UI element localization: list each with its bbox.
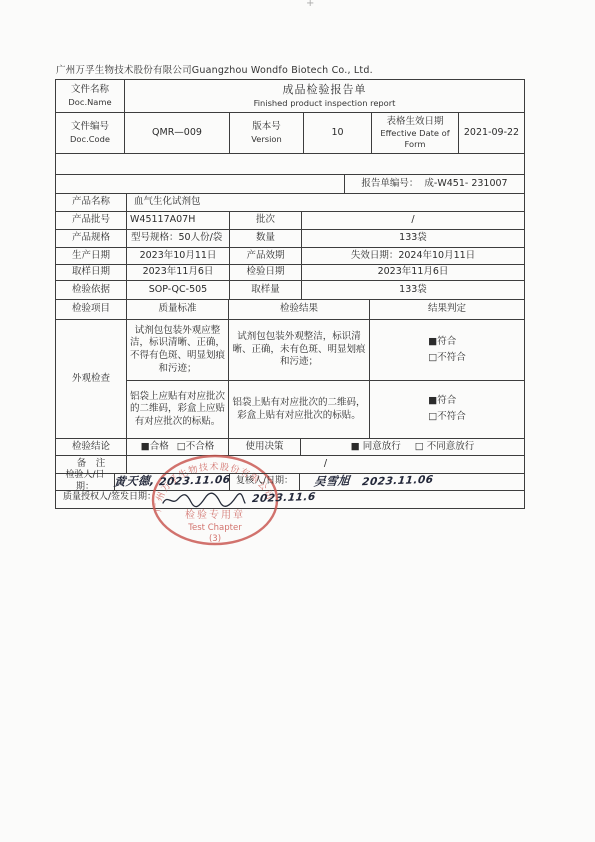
authorizer-signature-scribble — [161, 492, 247, 508]
report-form-table: 文件名称 Doc.Name 成品检验报告单 Finished product i… — [55, 79, 525, 509]
authorizer-date: 2023.11.6 — [251, 491, 316, 507]
inspector-signature-cell: 黄天德, 2023.11.06 — [114, 474, 229, 490]
authorizer-row: 质量授权人/签发日期： 2023.11.6 — [56, 490, 524, 508]
product-name-label: 产品名称 — [56, 194, 126, 211]
qty-value: 133袋 — [301, 230, 524, 247]
inspection-standard-header: 质量标准 — [126, 300, 228, 319]
doc-code-label-en: Doc.Code — [70, 134, 110, 145]
report-title-en: Finished product inspection report — [254, 98, 396, 109]
inspection-date-value: 2023年11月6日 — [301, 265, 524, 280]
inspection-result-header: 检验结果 — [228, 300, 369, 319]
sample-qty-value: 133袋 — [301, 281, 524, 299]
inspection-header-row: 检验项目 质量标准 检验结果 结果判定 — [56, 299, 524, 319]
inspection-judgment-header: 结果判定 — [369, 300, 524, 319]
appearance-subrows: 试剂包包装外观应整洁，标识清晰、正确，不得有色斑、明显划痕和污迹； 试剂包包装外… — [126, 320, 524, 438]
mfg-date-label: 生产日期 — [56, 248, 126, 264]
inspector-signature: 黄天德, — [113, 474, 155, 491]
sample-qty-label: 取样量 — [229, 281, 301, 299]
effective-date-label-en: Effective Date of Form — [375, 128, 455, 150]
appearance-row-1: 试剂包包装外观应整洁，标识清晰、正确，不得有色斑、明显划痕和污迹； 试剂包包装外… — [126, 320, 524, 380]
inspector-label: 检验人/日期： — [56, 474, 114, 490]
report-number-cell: 报告单编号： 成-W451- 231007 — [344, 175, 524, 193]
doc-code-row: 文件编号 Doc.Code QMR—009 版本号 Version 10 表格生… — [56, 112, 524, 153]
mfg-date-row: 生产日期 2023年10月11日 产品效期 失效日期：2024年10月11日 — [56, 247, 524, 264]
conclusion-label: 检验结论 — [56, 439, 126, 455]
doc-name-label-en: Doc.Name — [68, 97, 111, 108]
report-number-value: 成-W451- 231007 — [424, 178, 507, 191]
sampling-date-label: 取样日期 — [56, 265, 126, 280]
judgment-pass-checkbox-1: ■符合 — [428, 336, 456, 349]
inspection-date-label: 检验日期 — [229, 265, 301, 280]
judgment-fail-checkbox-1: □不符合 — [428, 352, 465, 365]
report-number-empty-cell — [56, 175, 344, 193]
appearance-item-label: 外观检查 — [56, 320, 126, 438]
reviewer-signature-cell: 吴雪旭 2023.11.06 — [299, 474, 524, 490]
qty-label: 数量 — [229, 230, 301, 247]
appearance-judgment-2: ■符合 □不符合 — [369, 381, 524, 438]
doc-code-label-zh: 文件编号 — [71, 121, 109, 134]
authorizer-label: 质量授权人/签发日期： — [63, 492, 156, 504]
effective-date-value: 2021-09-22 — [458, 113, 524, 153]
remarks-row: 备 注 / — [56, 455, 524, 473]
spec-value: 型号规格：50人份/袋 — [126, 230, 229, 247]
mfg-date-value: 2023年10月11日 — [126, 248, 229, 264]
appearance-result-1: 试剂包包装外观整洁，标识清晰、正确，未有色斑、明显划痕和污迹； — [228, 320, 369, 380]
version-value: 10 — [303, 113, 371, 153]
product-name-row: 产品名称 血气生化试剂包 — [56, 193, 524, 211]
expiry-label: 产品效期 — [229, 248, 301, 264]
expiry-value: 失效日期：2024年10月11日 — [301, 248, 524, 264]
batch-label: 批次 — [229, 212, 301, 229]
doc-name-row: 文件名称 Doc.Name 成品检验报告单 Finished product i… — [56, 80, 524, 112]
inspector-date: 2023.11.06 — [158, 474, 231, 490]
authorizer-cell: 质量授权人/签发日期： 2023.11.6 — [56, 491, 524, 508]
conclusion-checkboxes: ■合格 □不合格 — [126, 439, 228, 455]
stamp-number-text: (3) — [209, 534, 221, 544]
disagree-release-checkbox: □ 不同意放行 — [415, 441, 475, 454]
spacer-cell — [56, 154, 524, 174]
report-number-row: 报告单编号： 成-W451- 231007 — [56, 174, 524, 193]
effective-date-label-cell: 表格生效日期 Effective Date of Form — [371, 113, 458, 153]
basis-value: SOP-QC-505 — [126, 281, 229, 299]
remarks-value: / — [126, 456, 524, 473]
basis-row: 检验依据 SOP-QC-505 取样量 133袋 — [56, 280, 524, 299]
reviewer-signature: 吴雪旭 — [313, 474, 351, 490]
basis-label: 检验依据 — [56, 281, 126, 299]
appearance-inspection-group: 外观检查 试剂包包装外观应整洁，标识清晰、正确，不得有色斑、明显划痕和污迹； 试… — [56, 319, 524, 438]
lot-label: 产品批号 — [56, 212, 126, 229]
report-number-label: 报告单编号： — [361, 178, 418, 191]
doc-name-label-cell: 文件名称 Doc.Name — [56, 80, 124, 112]
appearance-result-2: 铝袋上贴有对应批次的二维码，彩盒上贴有对应批次的标贴。 — [228, 381, 369, 438]
doc-code-value: QMR—009 — [124, 113, 229, 153]
appearance-standard-2: 铝袋上应贴有对应批次的二维码，彩盒上应贴有对应批次的标贴。 — [126, 381, 228, 438]
stamp-english-text: Test Chapter — [187, 523, 242, 533]
stamp-title-text: 检验专用章 — [185, 508, 245, 521]
sampling-date-row: 取样日期 2023年11月6日 检验日期 2023年11月6日 — [56, 264, 524, 280]
unqualified-checkbox: □不合格 — [177, 441, 214, 454]
reviewer-label: 复核人/日期： — [229, 474, 299, 490]
spec-label: 产品规格 — [56, 230, 126, 247]
signature-row: 检验人/日期： 黄天德, 2023.11.06 复核人/日期： 吴雪旭 2023… — [56, 473, 524, 490]
spacer-row — [56, 153, 524, 174]
doc-code-label-cell: 文件编号 Doc.Code — [56, 113, 124, 153]
qualified-checkbox: ■合格 — [141, 441, 169, 454]
lot-row: 产品批号 W45117A07H 批次 / — [56, 211, 524, 229]
product-name-value: 血气生化试剂包 — [126, 194, 524, 211]
batch-value: / — [301, 212, 524, 229]
appearance-standard-1: 试剂包包装外观应整洁，标识清晰、正确，不得有色斑、明显划痕和污迹； — [126, 320, 228, 380]
decision-label: 使用决策 — [228, 439, 300, 455]
registration-mark: + — [306, 0, 314, 9]
lot-value: W45117A07H — [126, 212, 229, 229]
version-label-zh: 版本号 — [252, 121, 281, 134]
agree-release-checkbox: ■ 同意放行 — [351, 441, 401, 454]
appearance-judgment-1: ■符合 □不符合 — [369, 320, 524, 380]
inspection-item-header: 检验项目 — [56, 300, 126, 319]
decision-checkboxes: ■ 同意放行 □ 不同意放行 — [300, 439, 524, 455]
reviewer-date: 2023.11.06 — [361, 474, 434, 490]
conclusion-row: 检验结论 ■合格 □不合格 使用决策 ■ 同意放行 □ 不同意放行 — [56, 438, 524, 455]
report-title-zh: 成品检验报告单 — [283, 83, 367, 98]
report-title-cell: 成品检验报告单 Finished product inspection repo… — [124, 80, 524, 112]
judgment-fail-checkbox-2: □不符合 — [428, 411, 465, 424]
effective-date-label-zh: 表格生效日期 — [386, 116, 443, 129]
scanned-inspection-report-page: { "page": { "registration_mark": "+", "c… — [0, 0, 595, 842]
appearance-row-2: 铝袋上应贴有对应批次的二维码，彩盒上应贴有对应批次的标贴。 铝袋上贴有对应批次的… — [126, 380, 524, 438]
version-label-cell: 版本号 Version — [229, 113, 303, 153]
inspection-report-document: 广州万孚生物技术股份有限公司Guangzhou Wondfo Biotech C… — [55, 62, 525, 509]
company-name-line: 广州万孚生物技术股份有限公司Guangzhou Wondfo Biotech C… — [56, 62, 525, 76]
sampling-date-value: 2023年11月6日 — [126, 265, 229, 280]
spec-row: 产品规格 型号规格：50人份/袋 数量 133袋 — [56, 229, 524, 247]
doc-name-label-zh: 文件名称 — [71, 84, 109, 97]
judgment-pass-checkbox-2: ■符合 — [428, 395, 456, 408]
version-label-en: Version — [251, 134, 282, 145]
